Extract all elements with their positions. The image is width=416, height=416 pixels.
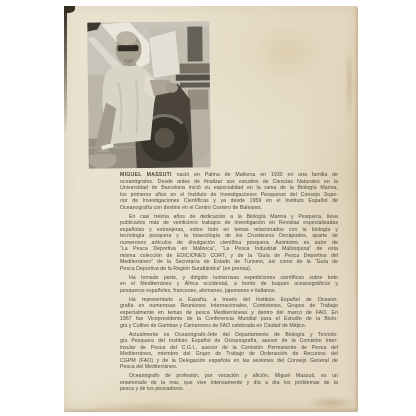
paper-stain bbox=[249, 24, 321, 82]
bio-text-line: gía y Cultivo de Gambas y Camarones de F… bbox=[120, 323, 338, 330]
man-on-boat-photo bbox=[87, 21, 211, 168]
bio-text-line: Pesca Deportiva de la Región Suratlántic… bbox=[120, 266, 338, 273]
person-name: MIGUEL MASSUTI bbox=[120, 172, 172, 178]
biography-text: MIGUEL MASSUTI nació en Palma de Mallorc… bbox=[120, 172, 338, 393]
bio-text-line: publicados más de veinticinco trabajos d… bbox=[120, 220, 338, 227]
bio-text-line: en el Mediterráneo y África occidental, … bbox=[120, 281, 338, 288]
bio-text-line: Universidad de Barcelona inició su espec… bbox=[120, 185, 338, 192]
bio-paragraph: Actualmente es Oceanógrafo-Jefe del Depa… bbox=[120, 332, 338, 371]
bio-paragraph: Ha tomado parte, y dirigido numerosas ex… bbox=[120, 275, 338, 295]
scan-background: MIGUEL MASSUTI nació en Palma de Mallorc… bbox=[0, 0, 416, 416]
bio-text-line: 1967 fue Vicepresidente de la Conferenci… bbox=[120, 316, 338, 323]
bio-text-line: gía Pesquera del Instituto Español de Oc… bbox=[120, 338, 338, 345]
bio-paragraph: MIGUEL MASSUTI nació en Palma de Mallorc… bbox=[120, 172, 338, 211]
bio-text-line: rior de Investigaciones Científicas y ya… bbox=[120, 198, 338, 205]
page-edge-shadow bbox=[64, 8, 67, 136]
paper-stain bbox=[307, 396, 355, 410]
paper-stain bbox=[82, 402, 212, 412]
bio-text-line: MIGUEL MASSUTI nació en Palma de Mallorc… bbox=[120, 172, 338, 179]
bio-text-line: Mediterráneo” de la Secretaría de Estado… bbox=[120, 259, 338, 266]
scanned-page: MIGUEL MASSUTI nació en Palma de Mallorc… bbox=[64, 6, 358, 412]
bio-text-line: Pesca del Mediterráneo. bbox=[120, 364, 338, 371]
photo-artifacts bbox=[87, 21, 211, 168]
bio-text-line: tecnología pesquera y la bioecología de … bbox=[120, 233, 338, 240]
bio-paragraph: Ha representado a España, a través del I… bbox=[120, 297, 338, 330]
bio-text-line: Oceanografía con destino en el Centro Co… bbox=[120, 205, 338, 212]
bio-text-line: pesca y de los pescadores. bbox=[120, 386, 338, 393]
bio-paragraph: En casi treinta años de dedicación a la … bbox=[120, 214, 338, 273]
page-corner-mark bbox=[64, 6, 75, 13]
bio-text-line: pesqueros españoles, franceses, alemanes… bbox=[120, 288, 338, 295]
bio-text-line: grafía en numerosas Reuniones Internacio… bbox=[120, 303, 338, 310]
bio-text-line: Mediterráneo, miembro del Grupo de Traba… bbox=[120, 351, 338, 358]
paper-crease-stain bbox=[345, 44, 354, 120]
bio-text-line: Oceanógrafo de profesión, por vocación y… bbox=[120, 373, 338, 380]
bio-paragraph: Oceanógrafo de profesión, por vocación y… bbox=[120, 373, 338, 393]
bio-text-line: “La Pesca Deportiva en Mallorca”, “La Pe… bbox=[120, 246, 338, 253]
